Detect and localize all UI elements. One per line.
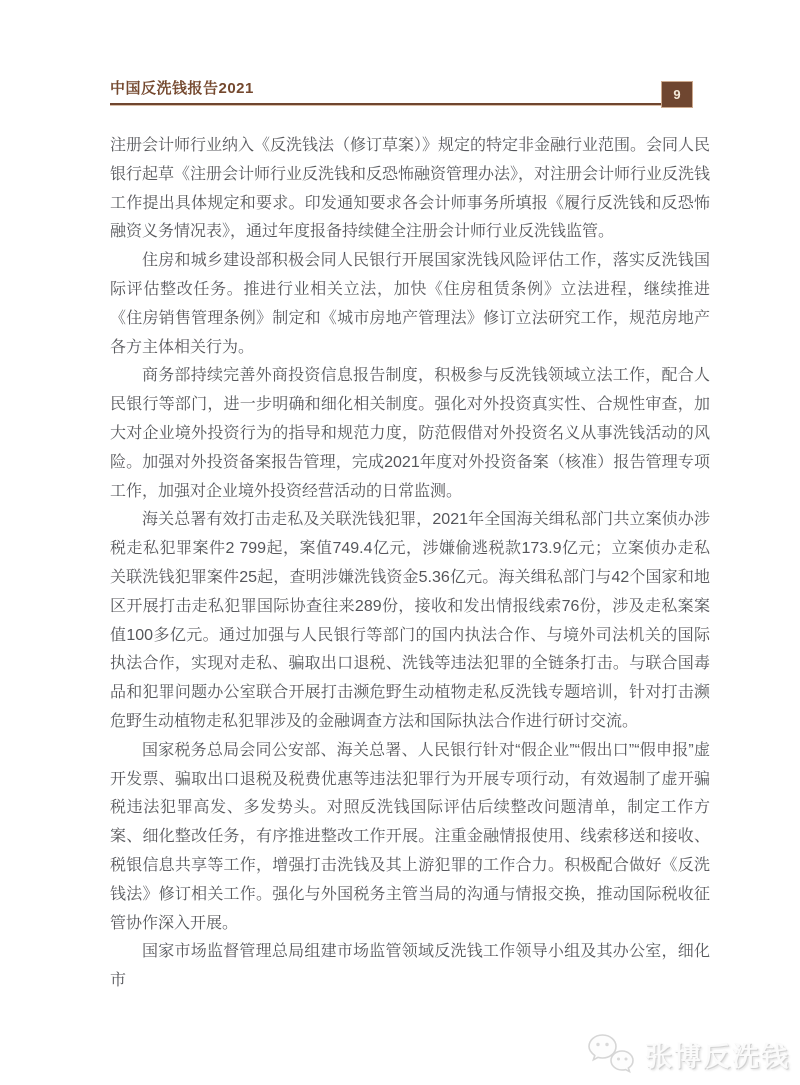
page-number-badge: 9 xyxy=(661,81,693,108)
body-paragraph: 国家市场监督管理总局组建市场监管领域反洗钱工作领导小组及其办公室，细化市 xyxy=(110,938,710,996)
document-body: 注册会计师行业纳入《反洗钱法（修订草案）》规定的特定非金融行业范围。会同人民银行… xyxy=(110,132,710,996)
page-header: 中国反洗钱报告2021 9 xyxy=(110,80,710,112)
watermark: 张博反洗钱 xyxy=(586,1033,790,1075)
wechat-icon xyxy=(586,1033,636,1075)
report-title: 中国反洗钱报告2021 xyxy=(110,80,710,98)
body-paragraph: 住房和城乡建设部积极会同人民银行开展国家洗钱风险评估工作，落实反洗钱国际评估整改… xyxy=(110,247,710,362)
body-paragraph: 国家税务总局会同公安部、海关总署、人民银行针对“假企业”“假出口”“假申报”虚开… xyxy=(110,737,710,939)
header-divider xyxy=(110,103,663,105)
body-paragraph: 商务部持续完善外商投资信息报告制度，积极参与反洗钱领域立法工作，配合人民银行等部… xyxy=(110,362,710,506)
document-page: 中国反洗钱报告2021 9 注册会计师行业纳入《反洗钱法（修订草案）》规定的特定… xyxy=(0,0,800,1085)
body-paragraph: 注册会计师行业纳入《反洗钱法（修订草案）》规定的特定非金融行业范围。会同人民银行… xyxy=(110,132,710,247)
watermark-text: 张博反洗钱 xyxy=(645,1035,790,1074)
body-paragraph: 海关总署有效打击走私及关联洗钱犯罪，2021年全国海关缉私部门共立案侦办涉税走私… xyxy=(110,506,710,736)
